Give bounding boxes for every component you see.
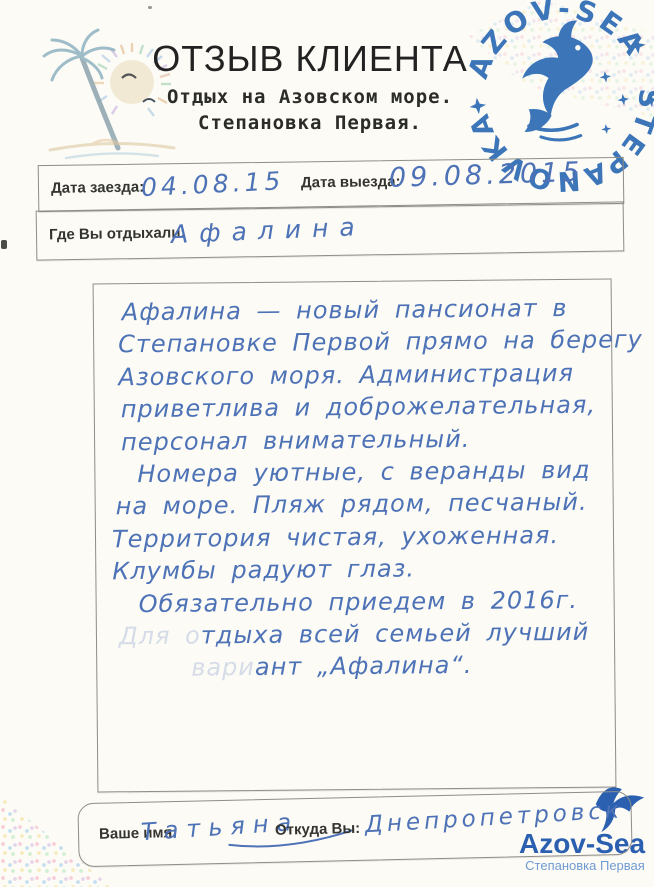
review-line: Афалина — новый пансионат в: [122, 294, 600, 331]
review-line: Клумбы радуют глаз.: [112, 553, 602, 590]
review-line: на море. Пляж рядом, песчаный.: [116, 488, 602, 525]
review-text: Афалина — новый пансионат в Степановке П…: [110, 294, 604, 687]
from-label: Откуда Вы:: [275, 820, 361, 839]
page-title: ОТЗЫВ КЛИЕНТА: [140, 38, 480, 80]
review-line: Номера уютные, с веранды вид: [137, 456, 601, 493]
page-subtitle-line2: Степановка Первая.: [140, 112, 480, 134]
scan-speck: [148, 6, 152, 9]
review-line: Обязательно приедем в 2016г.: [139, 585, 603, 622]
ground-strokes: [50, 140, 174, 158]
review-visible-fragment: тдыха всей семьей лучший: [201, 618, 590, 650]
arrival-date-label: Дата заезда:: [51, 179, 144, 197]
review-line: вариант „Афалина“.: [191, 650, 603, 686]
scanned-feedback-form: ОТЗЫВ КЛИЕНТА Отдых на Азовском море. Ст…: [0, 0, 654, 887]
review-faded-fragment: Для о: [119, 621, 201, 650]
review-line: персонал внимательный.: [121, 423, 601, 460]
review-line: Территория чистая, ухоженная.: [112, 520, 602, 557]
place-label: Где Вы отдыхали:: [49, 224, 186, 243]
departure-date-value: 09.08.2015: [388, 157, 583, 194]
place-value: Афалина: [170, 212, 366, 249]
dolphin-icon: [510, 19, 603, 145]
arrival-date-value: 04.08.15: [140, 166, 285, 202]
review-line: Для отдыха всей семьей лучший: [119, 618, 603, 655]
page-subtitle-line1: Отдых на Азовском море.: [140, 86, 480, 108]
scan-speck: [1, 240, 7, 249]
departure-date-label: Дата выезда:: [301, 173, 401, 191]
palm-trunk-and-fronds: [44, 30, 118, 148]
place-box: Где Вы отдыхали: Афалина: [36, 201, 625, 260]
review-visible-fragment: ант „Афалина“.: [255, 651, 473, 681]
brand-subtitle: Степановка Первая: [516, 858, 654, 873]
from-value: Днепропетровск: [364, 797, 623, 838]
review-box: Афалина — новый пансионат в Степановке П…: [93, 279, 617, 793]
review-line: приветлива и доброжелательная,: [121, 391, 601, 428]
name-box: Ваше имя: Татьяна Откуда Вы: Днепропетро…: [77, 791, 632, 868]
review-faded-fragment: вари: [191, 653, 255, 682]
review-line: Степановке Первой прямо на берегу: [118, 326, 600, 363]
review-line: Азовского моря. Администрация: [118, 358, 600, 395]
